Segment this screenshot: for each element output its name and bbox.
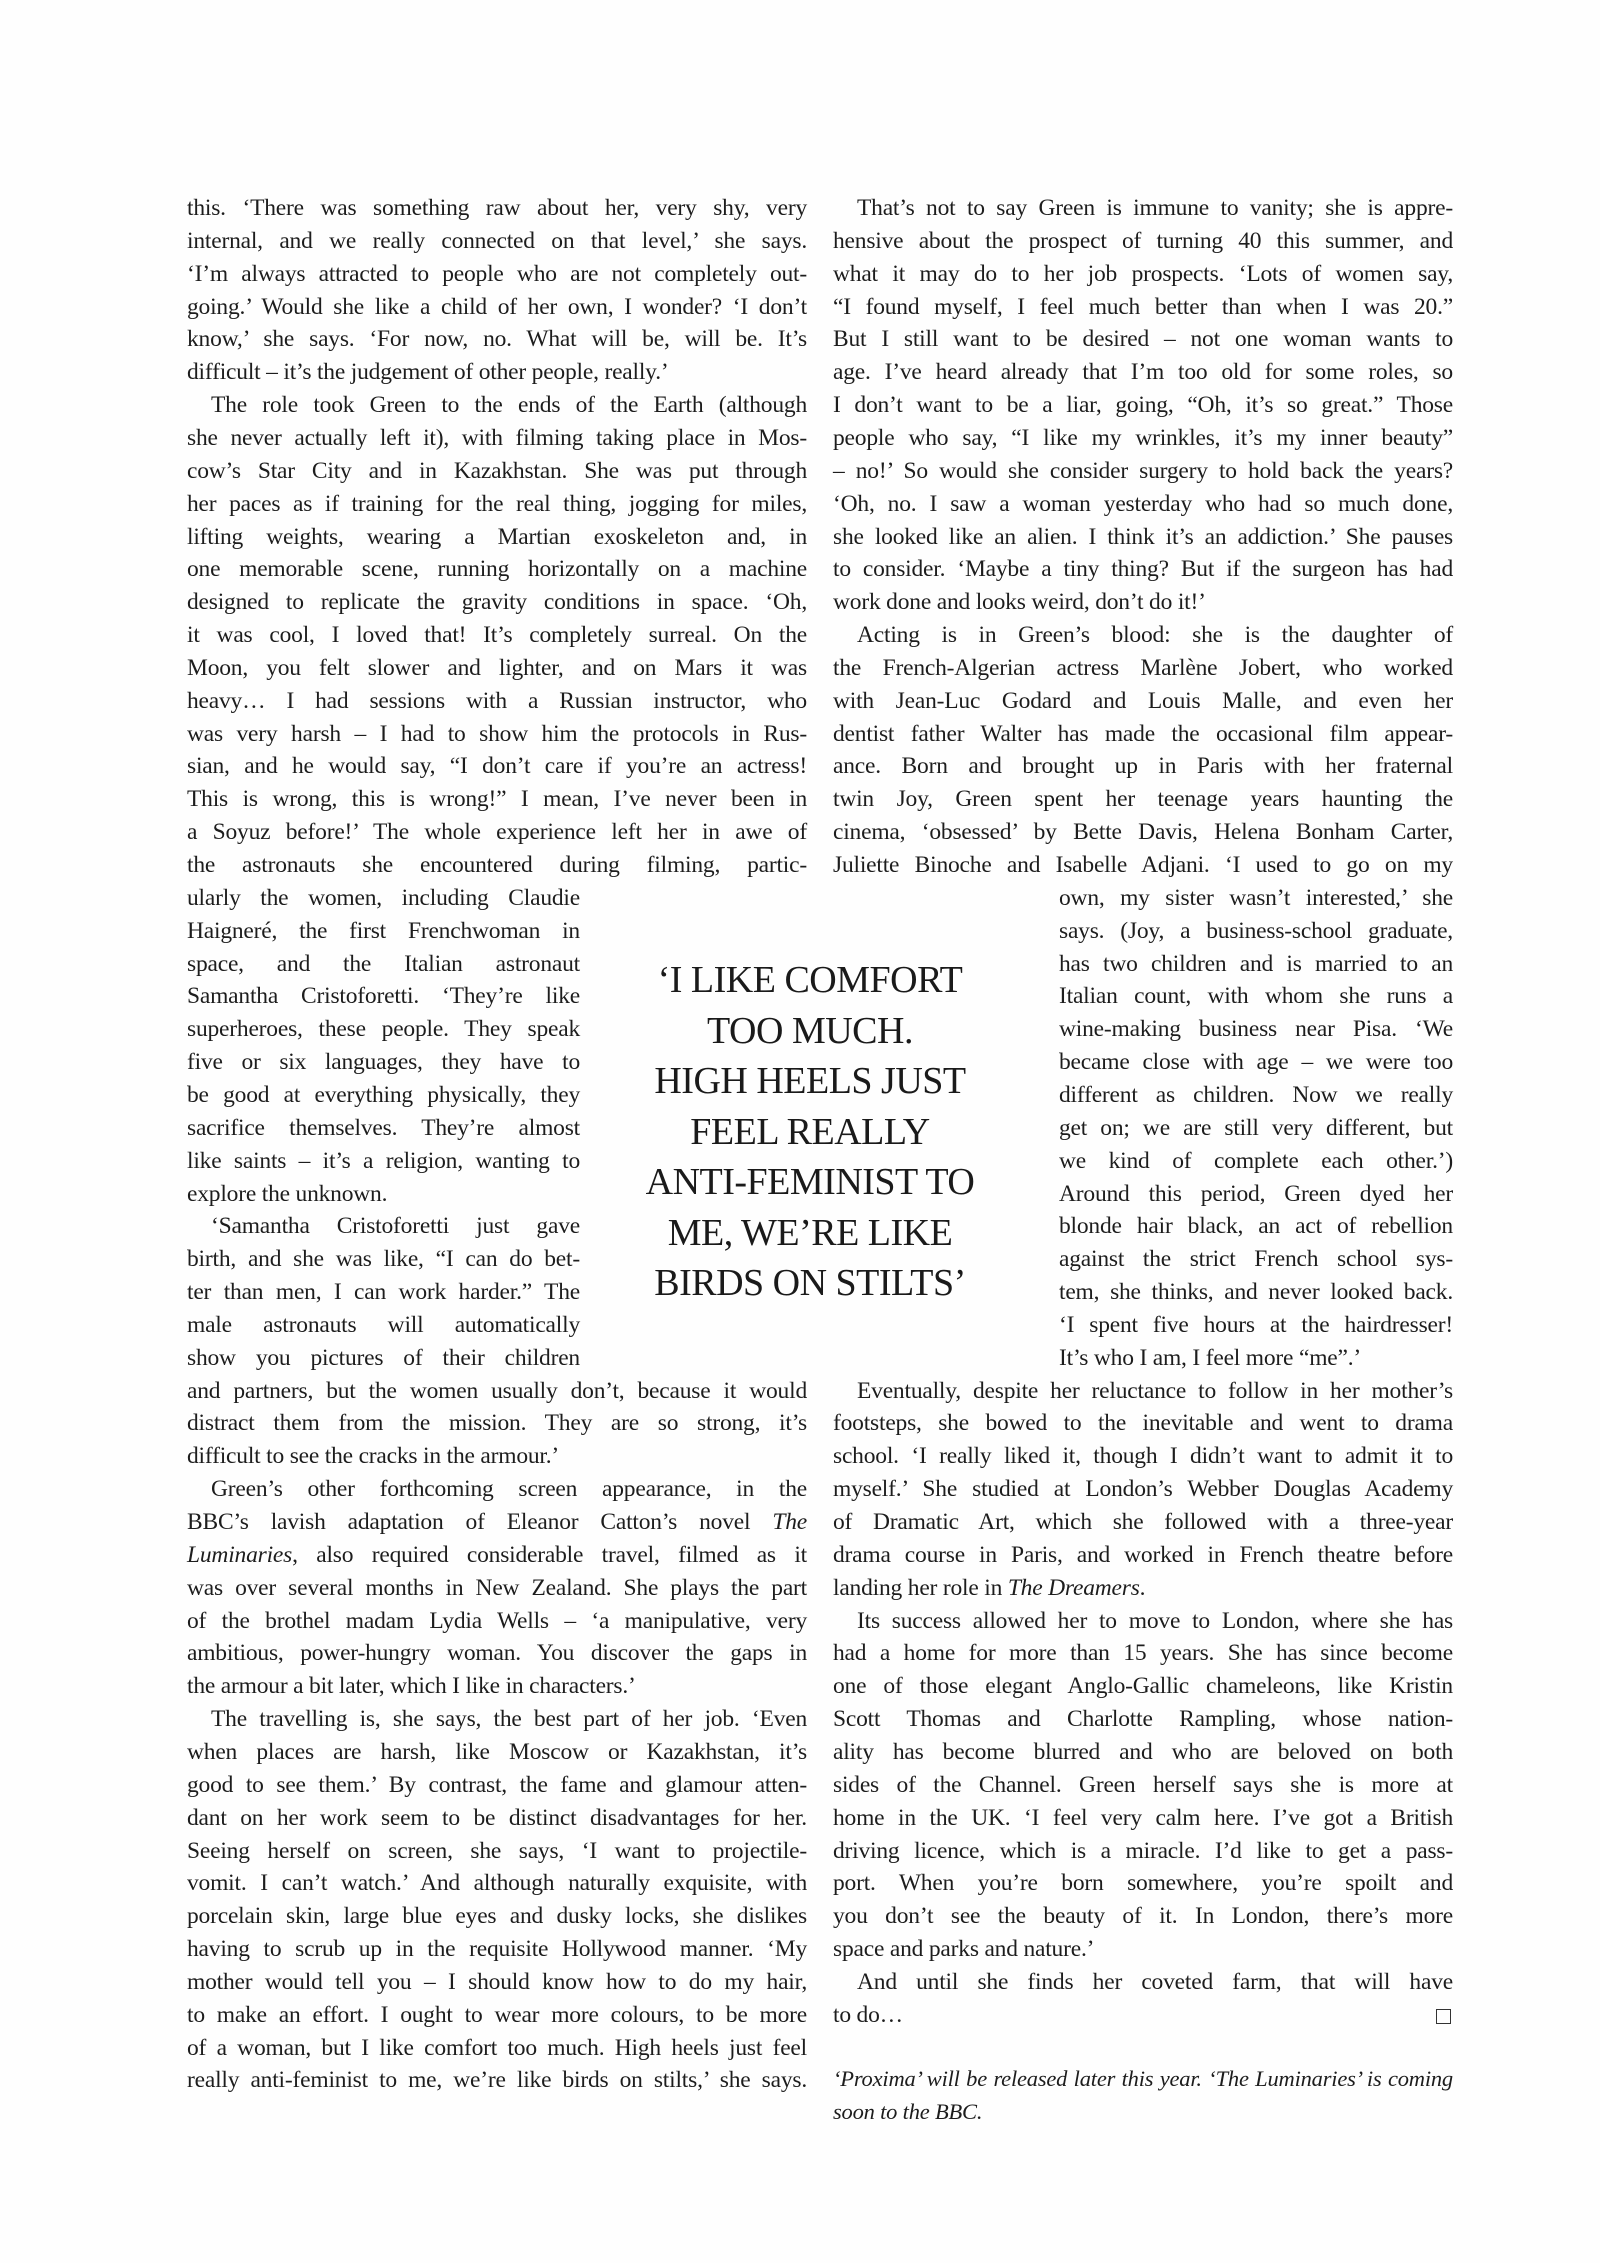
text-line: Scott Thomas and Charlotte Rampling, who… bbox=[833, 1703, 1453, 1736]
text-line: and partners, but the women usually don’… bbox=[187, 1375, 807, 1408]
text-line: the French-Algerian actress Marlène Jobe… bbox=[833, 652, 1453, 685]
text-line: cinema, ‘obsessed’ by Bette Davis, Helen… bbox=[833, 816, 1453, 849]
text-line: I don’t want to be a liar, going, “Oh, i… bbox=[833, 389, 1453, 422]
end-mark-icon bbox=[1436, 2009, 1451, 2024]
text-line: really anti-feminist to me, we’re like b… bbox=[187, 2064, 807, 2097]
text-line: of Dramatic Art, which she followed with… bbox=[833, 1506, 1453, 1539]
text-line: Seeing herself on screen, she says, ‘I w… bbox=[187, 1835, 807, 1868]
text-line: wine-making business near Pisa. ‘We bbox=[1059, 1013, 1453, 1046]
text-line: This is wrong, this is wrong!” I mean, I… bbox=[187, 783, 807, 816]
text-line: ‘I spent five hours at the hairdresser! bbox=[1059, 1309, 1453, 1342]
text-line: she never actually left it), with filmin… bbox=[187, 422, 807, 455]
text-line: Moon, you felt slower and lighter, and o… bbox=[187, 652, 807, 685]
text-line: against the strict French school sys- bbox=[1059, 1243, 1453, 1276]
text-line: distract them from the mission. They are… bbox=[187, 1407, 807, 1440]
text-line: The role took Green to the ends of the E… bbox=[187, 389, 807, 422]
pull-quote-line: ANTI-FEMINIST TO bbox=[600, 1157, 1020, 1208]
text-line: has two children and is married to an bbox=[1059, 948, 1453, 981]
text-line: footsteps, she bowed to the inevitable a… bbox=[833, 1407, 1453, 1440]
text-line: had a home for more than 15 years. She h… bbox=[833, 1637, 1453, 1670]
text-line: having to scrub up in the requisite Holl… bbox=[187, 1933, 807, 1966]
text-line: space and parks and nature.’ bbox=[833, 1933, 1453, 1966]
caption-line: soon to the BBC. bbox=[833, 2095, 1453, 2128]
text-line: get on; we are still very different, but bbox=[1059, 1112, 1453, 1145]
pull-quote-line: BIRDS ON STILTS’ bbox=[600, 1258, 1020, 1309]
text-line: mother would tell you – I should know ho… bbox=[187, 1966, 807, 1999]
pull-quote-line: HIGH HEELS JUST bbox=[600, 1056, 1020, 1107]
text-line: port. When you’re born somewhere, you’re… bbox=[833, 1867, 1453, 1900]
caption-line: ‘Proxima’ will be released later this ye… bbox=[833, 2062, 1453, 2095]
text-line: dentist father Walter has made the occas… bbox=[833, 718, 1453, 751]
text-line: her paces as if training for the real th… bbox=[187, 488, 807, 521]
text-line: sacrifice themselves. They’re almost bbox=[187, 1112, 580, 1145]
text-line: Luminaries, also required considerable t… bbox=[187, 1539, 807, 1572]
text-line: drama course in Paris, and worked in Fre… bbox=[833, 1539, 1453, 1572]
text-line: ‘Oh, no. I saw a woman yesterday who had… bbox=[833, 488, 1453, 521]
text-line: this. ‘There was something raw about her… bbox=[187, 192, 807, 225]
pull-quote-line: TOO MUCH. bbox=[600, 1006, 1020, 1057]
text-line: of the brothel madam Lydia Wells – ‘a ma… bbox=[187, 1605, 807, 1638]
text-line: says. (Joy, a business-school graduate, bbox=[1059, 915, 1453, 948]
text-line: vomit. I can’t watch.’ And although natu… bbox=[187, 1867, 807, 1900]
text-line: going.’ Would she like a child of her ow… bbox=[187, 291, 807, 324]
text-line: own, my sister wasn’t interested,’ she bbox=[1059, 882, 1453, 915]
text-line: cow’s Star City and in Kazakhstan. She w… bbox=[187, 455, 807, 488]
text-line: one memorable scene, running horizontall… bbox=[187, 553, 807, 586]
text-line: ter than men, I can work harder.” The bbox=[187, 1276, 580, 1309]
text-line: porcelain skin, large blue eyes and dusk… bbox=[187, 1900, 807, 1933]
text-line: to consider. ‘Maybe a tiny thing? But if… bbox=[833, 553, 1453, 586]
text-line: show you pictures of their children bbox=[187, 1342, 580, 1375]
text-line: landing her role in The Dreamers. bbox=[833, 1572, 1453, 1605]
text-line: ‘I’m always attracted to people who are … bbox=[187, 258, 807, 291]
text-line: was very harsh – I had to show him the p… bbox=[187, 718, 807, 751]
text-line: with Jean-Luc Godard and Louis Malle, an… bbox=[833, 685, 1453, 718]
pull-quote: ‘I LIKE COMFORT TOO MUCH. HIGH HEELS JUS… bbox=[600, 955, 1020, 1309]
text-line: was over several months in New Zealand. … bbox=[187, 1572, 807, 1605]
text-line: good to see them.’ By contrast, the fame… bbox=[187, 1769, 807, 1802]
pull-quote-line: FEEL REALLY bbox=[600, 1107, 1020, 1158]
pull-quote-line: ‘I LIKE COMFORT bbox=[600, 955, 1020, 1006]
text-line: Its success allowed her to move to Londo… bbox=[833, 1605, 1453, 1638]
text-line: heavy… I had sessions with a Russian ins… bbox=[187, 685, 807, 718]
text-line: driving licence, which is a miracle. I’d… bbox=[833, 1835, 1453, 1868]
text-line: Italian count, with whom she runs a bbox=[1059, 980, 1453, 1013]
text-line: But I still want to be desired – not one… bbox=[833, 323, 1453, 356]
text-line: the astronauts she encountered during fi… bbox=[187, 849, 807, 882]
text-line: space, and the Italian astronaut bbox=[187, 948, 580, 981]
text-line: sides of the Channel. Green herself says… bbox=[833, 1769, 1453, 1802]
text-line: five or six languages, they have to bbox=[187, 1046, 580, 1079]
text-line: Around this period, Green dyed her bbox=[1059, 1178, 1453, 1211]
text-line: ambitious, power-hungry woman. You disco… bbox=[187, 1637, 807, 1670]
text-line: sian, and he would say, “I don’t care if… bbox=[187, 750, 807, 783]
text-line: blonde hair black, an act of rebellion bbox=[1059, 1210, 1453, 1243]
text-line: to make an effort. I ought to wear more … bbox=[187, 1999, 807, 2032]
text-line: to do… bbox=[833, 1999, 1453, 2032]
text-line: internal, and we really connected on tha… bbox=[187, 225, 807, 258]
pull-quote-line: ME, WE’RE LIKE bbox=[600, 1208, 1020, 1259]
text-line: Acting is in Green’s blood: she is the d… bbox=[833, 619, 1453, 652]
text-line: Juliette Binoche and Isabelle Adjani. ‘I… bbox=[833, 849, 1453, 882]
text-line: Haigneré, the first Frenchwoman in bbox=[187, 915, 580, 948]
text-line: explore the unknown. bbox=[187, 1178, 580, 1211]
text-line: like saints – it’s a religion, wanting t… bbox=[187, 1145, 580, 1178]
text-line: superheroes, these people. They speak bbox=[187, 1013, 580, 1046]
text-line: different as children. Now we really bbox=[1059, 1079, 1453, 1112]
text-line: we kind of complete each other.’) bbox=[1059, 1145, 1453, 1178]
text-line: myself.’ She studied at London’s Webber … bbox=[833, 1473, 1453, 1506]
text-line: That’s not to say Green is immune to van… bbox=[833, 192, 1453, 225]
text-line: birth, and she was like, “I can do bet- bbox=[187, 1243, 580, 1276]
text-line: the armour a bit later, which I like in … bbox=[187, 1670, 807, 1703]
text-line: know,’ she says. ‘For now, no. What will… bbox=[187, 323, 807, 356]
text-line: “I found myself, I feel much better than… bbox=[833, 291, 1453, 324]
text-line: age. I’ve heard already that I’m too old… bbox=[833, 356, 1453, 389]
text-line: male astronauts will automatically bbox=[187, 1309, 580, 1342]
text-line: one of those elegant Anglo-Gallic chamel… bbox=[833, 1670, 1453, 1703]
text-line: tem, she thinks, and never looked back. bbox=[1059, 1276, 1453, 1309]
text-line: ance. Born and brought up in Paris with … bbox=[833, 750, 1453, 783]
text-line: it was cool, I loved that! It’s complete… bbox=[187, 619, 807, 652]
text-line: dant on her work seem to be distinct dis… bbox=[187, 1802, 807, 1835]
text-line: designed to replicate the gravity condit… bbox=[187, 586, 807, 619]
text-line: It’s who I am, I feel more “me”.’ bbox=[1059, 1342, 1453, 1375]
text-line: difficult to see the cracks in the armou… bbox=[187, 1440, 807, 1473]
text-line: difficult – it’s the judgement of other … bbox=[187, 356, 807, 389]
text-line: lifting weights, wearing a Martian exosk… bbox=[187, 521, 807, 554]
text-line: Samantha Cristoforetti. ‘They’re like bbox=[187, 980, 580, 1013]
text-line: BBC’s lavish adaptation of Eleanor Catto… bbox=[187, 1506, 807, 1539]
text-line: when places are harsh, like Moscow or Ka… bbox=[187, 1736, 807, 1769]
text-line: work done and looks weird, don’t do it!’ bbox=[833, 586, 1453, 619]
text-line: hensive about the prospect of turning 40… bbox=[833, 225, 1453, 258]
text-line: Eventually, despite her reluctance to fo… bbox=[833, 1375, 1453, 1408]
text-line: people who say, “I like my wrinkles, it’… bbox=[833, 422, 1453, 455]
text-line: – no!’ So would she consider surgery to … bbox=[833, 455, 1453, 488]
text-line: of a woman, but I like comfort too much.… bbox=[187, 2032, 807, 2065]
text-line: twin Joy, Green spent her teenage years … bbox=[833, 783, 1453, 816]
text-line: school. ‘I really liked it, though I did… bbox=[833, 1440, 1453, 1473]
text-line: a Soyuz before!’ The whole experience le… bbox=[187, 816, 807, 849]
text-line: what it may do to her job prospects. ‘Lo… bbox=[833, 258, 1453, 291]
text-line: she looked like an alien. I think it’s a… bbox=[833, 521, 1453, 554]
text-line: you don’t see the beauty of it. In Londo… bbox=[833, 1900, 1453, 1933]
text-line: ularly the women, including Claudie bbox=[187, 882, 580, 915]
magazine-page: this. ‘There was something raw about her… bbox=[0, 0, 1600, 2263]
text-line: And until she finds her coveted farm, th… bbox=[833, 1966, 1453, 1999]
text-line: The travelling is, she says, the best pa… bbox=[187, 1703, 807, 1736]
text-line: Green’s other forthcoming screen appeara… bbox=[187, 1473, 807, 1506]
text-line: ality has become blurred and who are bel… bbox=[833, 1736, 1453, 1769]
text-line: ‘Samantha Cristoforetti just gave bbox=[187, 1210, 580, 1243]
text-line: became close with age – we were too bbox=[1059, 1046, 1453, 1079]
text-line: home in the UK. ‘I feel very calm here. … bbox=[833, 1802, 1453, 1835]
text-line: be good at everything physically, they bbox=[187, 1079, 580, 1112]
